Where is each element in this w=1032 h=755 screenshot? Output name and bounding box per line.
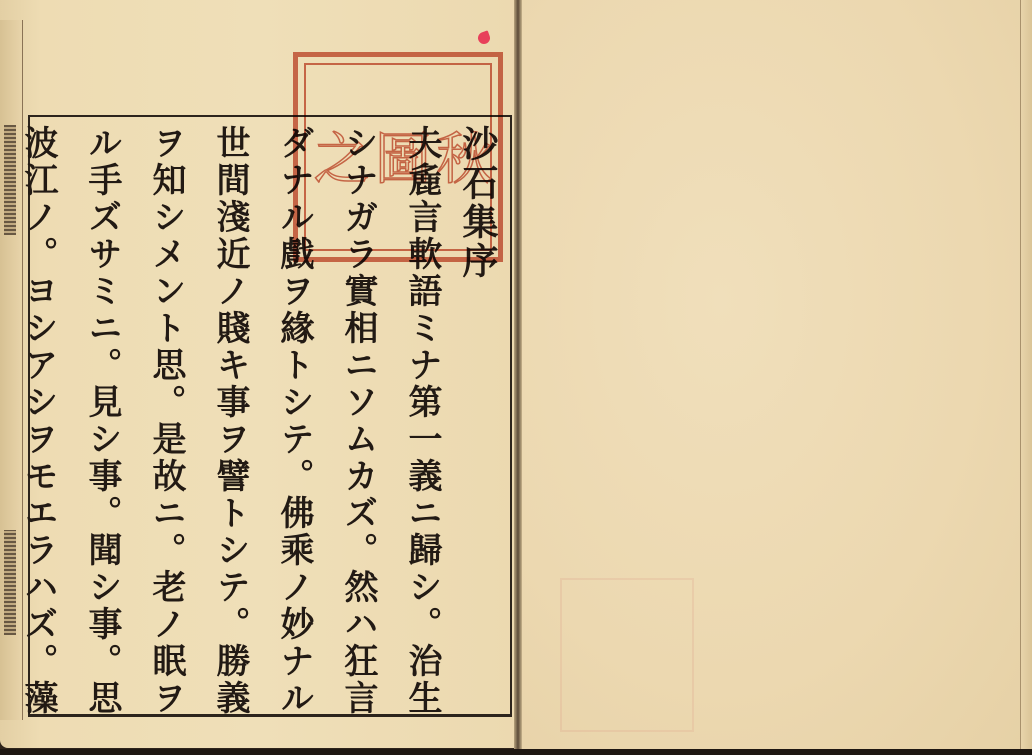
right-page-edge <box>1020 0 1032 750</box>
text-column-7: 波江ノ。ヨシアシヲモエラハズ。藻鹽草手ニ一 <box>6 125 64 715</box>
bottom-cover-edge <box>0 749 1032 755</box>
text-column-6: ル手ズサミニ。見シ事。聞シ事。思出ルニ隨テ。難 <box>70 125 128 715</box>
seal-glyph-2: 圖 <box>367 65 428 249</box>
pink-paper-tab-mark <box>476 30 491 45</box>
text-column-5: ヲ知シメント思。是故ニ。老ノ眠ヲサマシ。徒ナ <box>134 125 192 715</box>
faint-seal-offset <box>560 578 694 732</box>
text-column-4: 世間淺近ノ賤キ事ヲ譬トシテ。勝義ノ深キ理 <box>198 125 256 715</box>
left-page: 沙石集序 夫麁言軟語ミナ第一義ニ歸シ。治生産業シカ シナガラ實相ニソムカズ。然ハ… <box>0 0 518 748</box>
seal-inner-border: 之 圖 秋 <box>304 63 492 251</box>
book-spread: 沙石集序 夫麁言軟語ミナ第一義ニ歸シ。治生産業シカ シナガラ實相ニソムカズ。然ハ… <box>0 0 1032 755</box>
red-ownership-seal: 之 圖 秋 <box>293 52 503 262</box>
seal-glyph-3: 之 <box>306 65 367 249</box>
book-gutter <box>514 0 522 752</box>
seal-glyph-1: 秋 <box>429 65 490 249</box>
